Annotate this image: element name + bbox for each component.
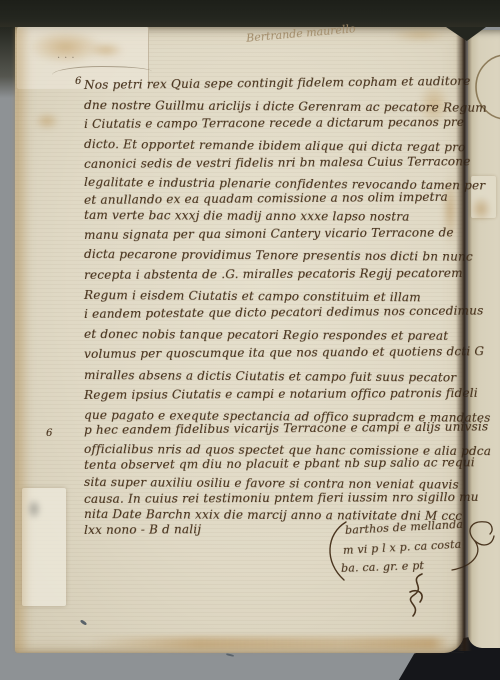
manuscript-line: causa. In cuius rei testimoniu pntem fie… (84, 490, 479, 506)
manuscript-line: volumus per quoscumque ita que nos quand… (84, 344, 484, 361)
facing-page-stain (470, 196, 492, 222)
margin-mark: 6 (75, 76, 82, 87)
manuscript-line: Regum i eisdem Ciutatis et campo constit… (84, 288, 421, 304)
shadow-band (0, 0, 500, 27)
manuscript-line: tenta observet qm diu no placuit e pbant… (84, 455, 475, 472)
manuscript-line: et donec nobis tanque pecatori Regio res… (84, 327, 448, 343)
manuscript-line: manu signata per qua simoni Cantery vica… (84, 225, 454, 242)
paraph-flourish-icon (398, 572, 434, 618)
manuscript-line: sita super auxiliu osiliu e favore si co… (84, 475, 459, 492)
manuscript-line: dicta pecarone providimus Tenore present… (84, 247, 473, 264)
manuscript-photo: Bertrande maurello ... 6 6 Nos petri rex… (0, 0, 500, 680)
ink-fleck (226, 653, 234, 657)
manuscript-line: lxx nono - B d nalij (84, 522, 201, 537)
smudge-mark (26, 498, 42, 520)
manuscript-line: miralles absens a dictis Ciutatis et cam… (84, 368, 456, 385)
manuscript-line: Regem ipsius Ciutatis e campi e notarium… (84, 386, 478, 402)
dots-mark: ... (57, 50, 79, 61)
manuscript-line: canonici sedis de vestri fidelis nri bn … (84, 154, 471, 171)
margin-mark: 6 (46, 428, 53, 439)
signature-bracket-icon (322, 520, 348, 582)
manuscript-line: tam verte bac xxxj die madij anno xxxe l… (84, 208, 410, 224)
manuscript-line: recepta i abstenta de .G. miralles pecat… (84, 266, 463, 282)
shadow-edge (0, 26, 15, 98)
manuscript-line: i Ciutatis e campo Terracone recede a di… (84, 115, 464, 131)
binding-gutter (456, 27, 472, 651)
manuscript-line: dne nostre Guillmu ariclijs i dicte Gere… (84, 98, 487, 115)
